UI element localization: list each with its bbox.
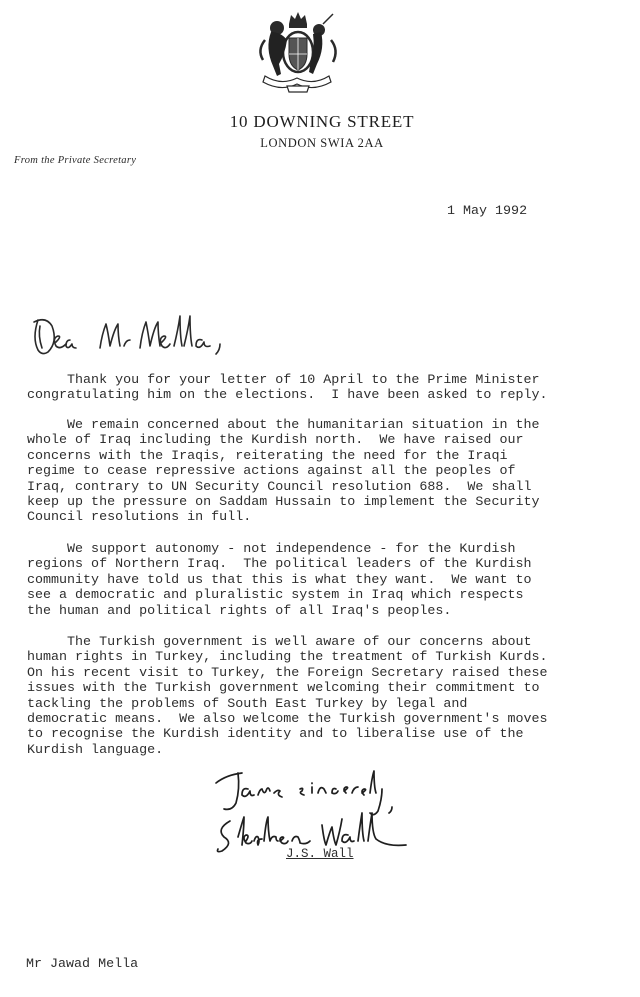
- body-paragraph: Thank you for your letter of 10 April to…: [27, 373, 548, 404]
- body-paragraph: We support autonomy - not independence -…: [27, 542, 531, 619]
- typed-signatory-name: J.S. Wall: [286, 847, 354, 861]
- recipient-name: Mr Jawad Mella: [26, 957, 138, 972]
- handwritten-salutation: [30, 312, 230, 362]
- body-paragraph: We remain concerned about the humanitari…: [27, 418, 539, 526]
- letterhead-from: From the Private Secretary: [14, 155, 136, 166]
- body-paragraph: The Turkish government is well aware of …: [27, 635, 548, 758]
- letter-date: 1 May 1992: [447, 204, 527, 219]
- letterhead-address-line1: 10 DOWNING STREET: [0, 112, 640, 132]
- letterhead-address-line2: LONDON SWIA 2AA: [0, 136, 640, 151]
- royal-coat-of-arms-icon: [251, 10, 345, 96]
